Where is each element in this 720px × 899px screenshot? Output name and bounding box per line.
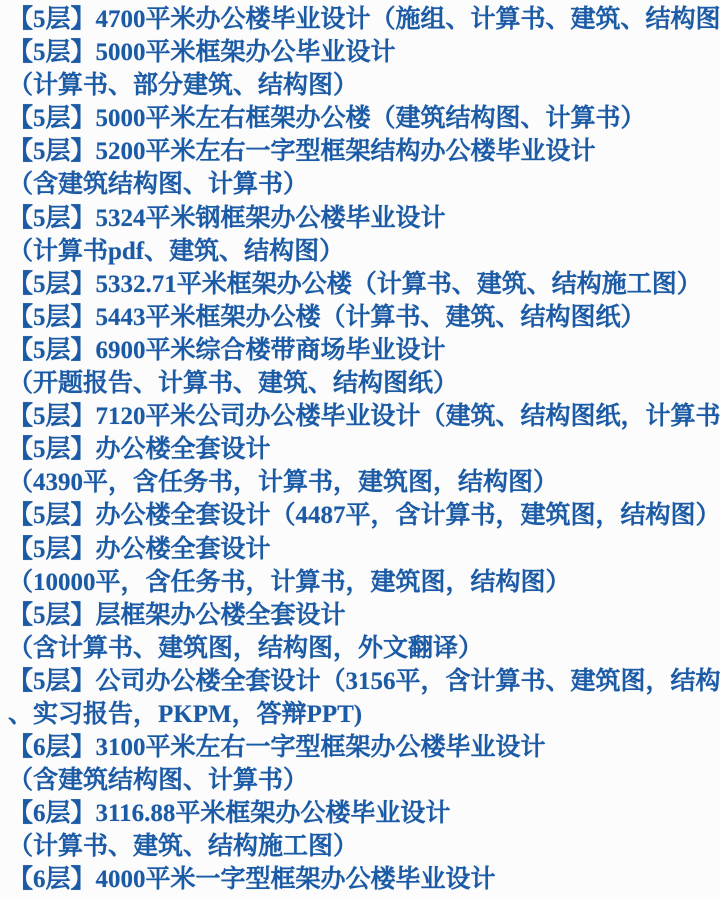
text-line: 、实习报告，PKPM，答辩PPT) xyxy=(8,698,720,731)
text-line: 【5层】公司办公楼全套设计（3156平，含计算书、建筑图，结构图 xyxy=(8,665,720,698)
text-line: 【5层】5324平米钢框架办公楼毕业设计 xyxy=(8,202,720,235)
text-line: （10000平，含任务书，计算书，建筑图，结构图） xyxy=(8,566,720,599)
text-line: 【5层】5000平米框架办公毕业设计 xyxy=(8,36,720,69)
text-line: 【5层】5443平米框架办公楼（计算书、建筑、结构图纸） xyxy=(8,301,720,334)
text-line: （含建筑结构图、计算书） xyxy=(8,168,720,201)
text-line: 【6层】4000平米一字型框架办公楼毕业设计 xyxy=(8,863,720,896)
text-line: 【5层】5332.71平米框架办公楼（计算书、建筑、结构施工图） xyxy=(8,268,720,301)
text-line: 【5层】6900平米综合楼带商场毕业设计 xyxy=(8,334,720,367)
text-line: （含建筑结构图、计算书） xyxy=(8,764,720,797)
text-line: 【6层】3100平米左右一字型框架办公楼毕业设计 xyxy=(8,731,720,764)
text-line: 【5层】层框架办公楼全套设计 xyxy=(8,599,720,632)
text-line: （计算书、部分建筑、结构图） xyxy=(8,69,720,102)
text-line: 【5层】办公楼全套设计（4487平，含计算书，建筑图，结构图） xyxy=(8,499,720,532)
text-line: 【5层】办公楼全套设计 xyxy=(8,533,720,566)
text-line: 【5层】办公楼全套设计 xyxy=(8,433,720,466)
text-line: （4390平，含任务书，计算书，建筑图，结构图） xyxy=(8,466,720,499)
text-line: （含计算书、建筑图，结构图，外文翻译） xyxy=(8,632,720,665)
text-line: 【5层】7120平米公司办公楼毕业设计（建筑、结构图纸，计算书） xyxy=(8,400,720,433)
text-line: 【6层】3116.88平米框架办公楼毕业设计 xyxy=(8,797,720,830)
text-line: （计算书、建筑、结构施工图） xyxy=(8,830,720,863)
design-list: 【5层】4700平米办公楼毕业设计（施组、计算书、建筑、结构图）【5层】5000… xyxy=(8,3,720,897)
text-line: （开题报告、计算书、建筑、结构图纸） xyxy=(8,367,720,400)
text-line: （计算书pdf、建筑、结构图） xyxy=(8,235,720,268)
document-page: 【5层】4700平米办公楼毕业设计（施组、计算书、建筑、结构图）【5层】5000… xyxy=(0,0,720,899)
text-line: 【5层】5000平米左右框架办公楼（建筑结构图、计算书） xyxy=(8,102,720,135)
text-line: 【5层】4700平米办公楼毕业设计（施组、计算书、建筑、结构图） xyxy=(8,3,720,36)
text-line: 【5层】5200平米左右一字型框架结构办公楼毕业设计 xyxy=(8,135,720,168)
